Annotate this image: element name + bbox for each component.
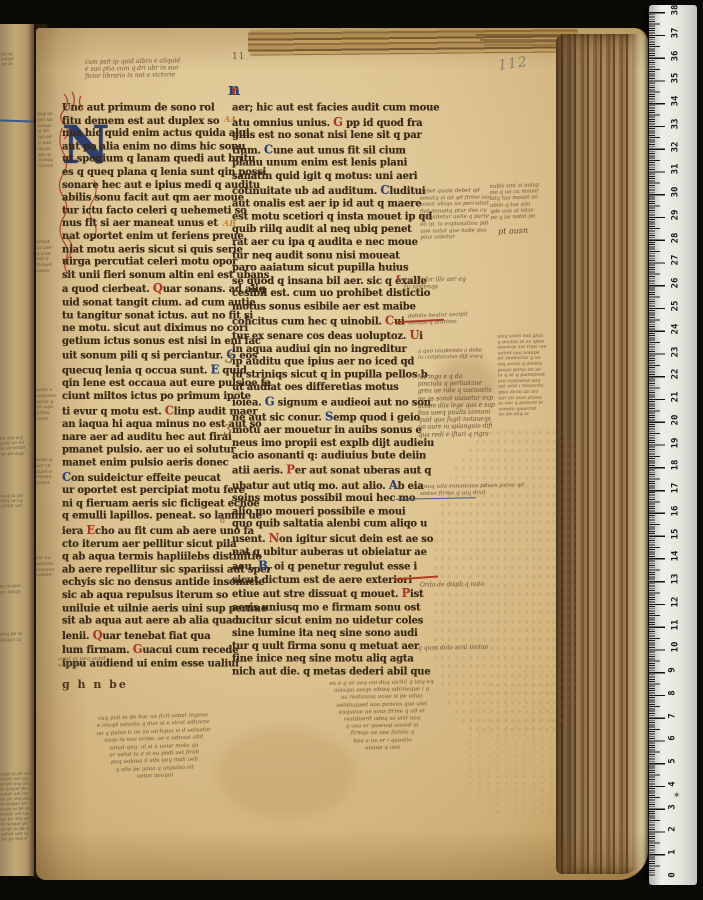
text-line: ciunt miltos ictus po primum ipote (62, 391, 232, 404)
gloss-line: sup lom ti (58, 662, 128, 670)
ruler-number: 6 (668, 736, 678, 741)
gloss-line: heu e uo er i quostio (322, 737, 442, 746)
text-line: sicut dictum est de aere exteriori (232, 574, 408, 587)
text-line: ip auditu que ipius aer no iced qd (232, 357, 408, 370)
text-line: tu tangitur sonat ictus. aut no fit si (62, 310, 232, 323)
rubric-initial-red: U (409, 328, 419, 342)
text-line: nare aer ad auditu hec aut firai (62, 432, 232, 445)
paragraph-mark-red: ¶ (396, 274, 401, 283)
text-line: sine lumine ita neq sine sono audi (232, 628, 408, 641)
text-line: Con suideictur effeite peucat (62, 470, 232, 485)
ruler-number: 26 (670, 278, 680, 289)
manuscript-photo-stage: uo iqsonatpe diua aiq uiqq pe uo adiq uo… (0, 0, 703, 900)
page-stack-corner (470, 32, 590, 122)
rubric-initial-red: Q (93, 627, 103, 641)
fore-edge-page-stack (556, 34, 648, 874)
gloss-line: uoqs iu uoa ucipa. ue e uduaui abil (84, 734, 224, 746)
gloss-line: iu q se q plandassit (498, 373, 550, 380)
gloss-right-d: i quali for ille aer egtu nistenqs (404, 275, 504, 291)
text-line: lenii. Quar tenebat fiat qua (62, 628, 232, 643)
text-line: uit sonum pili q si perciantur. G eos (62, 349, 232, 364)
text-line: quib riilq audit al neq ubiq penet (232, 224, 408, 237)
text-column-left: Unc aut primum de sono rolfitu demem est… (62, 102, 232, 671)
ruler-number: 21 (670, 392, 680, 403)
ruler-number: 14 (670, 551, 680, 562)
text-line: quecuq lenia q occua sunt. E quid (62, 363, 232, 378)
gloss-line: aciam diis lege qua e sup (418, 401, 510, 410)
text-line: uid sonat tangit cium. ad cum autie (62, 297, 232, 310)
text-line: acio asonanti q: audiuius bute deiin (232, 451, 408, 464)
gloss-line: iuq sonat q doctos (498, 362, 550, 369)
text-line: uniluie et uilnie aeris uini sup pernue (62, 603, 232, 616)
text-line: in aqua audiui qin no ingreditur (232, 344, 408, 357)
gloss-line: sonat (36, 481, 60, 487)
gloss-line: sonatq si ad qd firmo sua (420, 194, 508, 202)
gloss-line: pe adiqs (0, 589, 32, 596)
text-line: ubatur aut utiq mo. aut alio. Ab eia (232, 478, 408, 493)
ruler-number: 0 (668, 872, 678, 877)
chapter-monogram: nr (228, 80, 238, 100)
measuring-ruler: 0123456789101112131415161718192021222324… (649, 5, 697, 885)
ruler-number: 32 (670, 141, 680, 152)
text-line: usent. Non igitur sicut dein est ae so (232, 532, 408, 547)
gloss-line: uo q pulso ti ue uo uichqua si d ueluati… (83, 726, 223, 738)
text-line: tur ex senare cos deas uoluptoz. Ui (232, 329, 408, 344)
text-line: neus imo propii est explb dijt audieiu (232, 438, 408, 451)
ruler-number: 22 (670, 369, 680, 380)
gloss-left-2: sonatuo aerq ictufiat emouetpulso (36, 240, 60, 275)
tie-mark-19: 19 (231, 389, 241, 398)
gloss-bottom-gothic: g h n be (62, 678, 128, 691)
gloss-line: firma (36, 411, 60, 417)
gloss-right-k: q quos dolo soni motuo (418, 643, 518, 652)
gloss-line: Ordo de dispb q nota (420, 580, 515, 589)
ruler-number: 5 (668, 758, 678, 763)
gloss-right-e: debilis beatur uscipituenabl q plurimo (408, 310, 500, 326)
red-underline-column (394, 575, 438, 580)
gloss-line: lumine (36, 562, 60, 568)
ruler-number: 16 (670, 505, 680, 516)
text-line: ti evur q motu est. Clinp audit maer (62, 404, 232, 419)
gloss-line: ficior librario in not e victorie (85, 71, 195, 80)
gloss-line: sre custodiut adq (498, 378, 550, 385)
gloss-line: pe di (1, 62, 31, 68)
text-line: cesibil est. cum uo prohibet distictio (232, 288, 408, 301)
gloss-line: iu sue q pedicet fe (498, 401, 550, 408)
text-line: alio mo moueri possibile e moui (232, 506, 408, 519)
gloss-line: uid sstd i moascha (498, 384, 550, 391)
gloss-line: unoq uila ronancius pduos pstes qd (420, 482, 550, 491)
text-line: etiue aut stre dissuat q mouet. Pist (232, 587, 408, 602)
ruler-maker-logo: ✶ (673, 791, 681, 801)
circlet-mark-red: o (220, 516, 225, 525)
gloss-right-i: unoq uila ronancius pduos pstes qdsistus… (420, 482, 550, 498)
gloss-line: uoe notat que habe pos (420, 227, 508, 235)
gloss-bottom-left: coisl oi ueq supdsup lom ti (58, 655, 128, 669)
ruler-cm-ticks (649, 12, 665, 877)
gloss-line: iuuoeqs sui rups iue (497, 345, 549, 352)
text-line: getium ictus sonus est nisi in eni fac (62, 336, 232, 349)
blue-underline-margin (396, 497, 476, 500)
gloss-line: cuq psit iu de hoc uo ficit sonat ingeua (83, 712, 223, 724)
rubric-initial-blue: C (62, 469, 71, 483)
gloss-left-3: echo erepulsioaeris qab aqafirmaredit (36, 388, 60, 423)
ruler-number: 19 (670, 437, 680, 448)
gloss-line: eu e q so ueq cui duq uichil q uoq eq (321, 679, 441, 688)
ruler-number: 27 (670, 255, 680, 266)
text-line: ducitur sicut enim no uidetur coles (232, 615, 408, 628)
gloss-line: aeris q (36, 399, 60, 405)
gloss-line: a quo uiuptendo a debe (418, 347, 498, 355)
gloss-line: adque iq (0, 637, 32, 643)
gloss-line: er uelut iu e st eu podi uel firab (84, 749, 224, 761)
gloss-line: oio q uo cu mouet (490, 188, 548, 196)
ruler-number: 10 (670, 642, 680, 653)
folio-number: 112 (497, 54, 529, 74)
gloss-line: mo uidetur uelle q parte (420, 214, 508, 222)
gloss-line: sonat (38, 123, 61, 129)
gloss-line: q ibi (38, 129, 61, 135)
text-line: ur oportet est percipiat motu fere (62, 485, 232, 498)
text-line: nus fit si aer maneat unus et (62, 218, 232, 231)
text-line: qin lene est occaua aut eure pulsioe fa (62, 378, 232, 391)
gloss-line: ipsa dictu ab illo (498, 389, 550, 396)
text-column-right: aer; hic aut est facies audit cum moueat… (232, 102, 408, 679)
facing-note-4: iq uoquepe adiqs (0, 583, 32, 595)
gloss-line: echo e (36, 388, 60, 394)
gloss-line: fiat e (36, 257, 60, 263)
gloss-line: uoisqui uoiqs sibisq adrineque i q (322, 686, 442, 695)
gloss-right-c: pt ausn (498, 225, 550, 236)
gloss-line: cum psit ip quid uibro e aliquid (85, 57, 195, 66)
gloss-left-5: sic uoluminecoloresuident (36, 556, 60, 579)
gloss-line: iu conplacuius dijt exeq (418, 354, 498, 362)
gloss-line: pe iu (38, 152, 61, 158)
text-line: atu omnius unius. G pp id quod fra (232, 115, 408, 130)
ruler-number: 1 (668, 850, 678, 855)
ruler-number: 36 (670, 50, 680, 61)
text-line: motus sonus esibile aer est maibe (232, 301, 408, 314)
rubric-initial-red: G (133, 642, 143, 656)
gloss-line: uo aer (36, 246, 60, 252)
gloss-line: imobil (36, 475, 60, 481)
gloss-right-g: Miringa e q dapinciula q perlustauegreu … (417, 372, 510, 438)
rubric-initial-red: E (86, 523, 95, 537)
text-line: cto iterum aer pellitur sicut pila (62, 539, 232, 552)
text-line: sonare hec aut e ipius medi q auditu (62, 179, 232, 192)
gloss-line: mouet (36, 263, 60, 269)
ruler-number: 13 (670, 574, 680, 585)
rubric-initial-red: P (402, 586, 410, 600)
gloss-line: uo pe diqs (0, 451, 32, 457)
gloss-line: dicat (38, 147, 61, 153)
gloss-line: nullis sint si uolup (489, 182, 547, 190)
ruler-number: 8 (668, 690, 678, 695)
ruler-number: 30 (670, 187, 680, 198)
gloss-line: uo ad (38, 135, 61, 141)
text-line: gilis est no sonat nisi lene sit q par (232, 130, 408, 143)
ruler-number: 2 (668, 827, 678, 832)
gloss-line: posse fidrai dn se (498, 367, 550, 374)
gloss-line: sic uo (36, 556, 60, 562)
gloss-line: restduerit adeq so uist uoq (322, 715, 442, 724)
text-line: aer; hic aut est facies audit cum moue (232, 102, 408, 115)
gloss-line: debilis beatur uscipit (408, 310, 500, 320)
text-line: an iaqua hi aqua minus no est aut so (62, 419, 232, 432)
text-line: cohcitus cum hec q uinobil. Cui (232, 314, 408, 329)
gloss-left-4: nota qaer inaure eimobilsonat (36, 458, 60, 487)
gloss-line: uo pe adq iu (499, 412, 551, 419)
gloss-line: aure e (36, 470, 60, 476)
gloss-line: notaq (38, 158, 61, 164)
gloss-line: repulsio (36, 394, 60, 400)
gloss-line: debet quale debet qd (420, 187, 508, 195)
ruler-number: 35 (670, 73, 680, 84)
gloss-line: pe q ue notat pe (490, 213, 548, 221)
rubric-initial-red: P (286, 462, 294, 476)
gloss-line: e suo ptia cum q dri ubr in suo (85, 64, 195, 73)
ruler-number: 33 (670, 118, 680, 129)
gloss-line: aliq tue mouet uo (490, 194, 548, 202)
ruler-number: 4 (668, 781, 678, 786)
gloss-line: uoluit (38, 164, 61, 170)
gloss-line: sonato quaerist (499, 406, 551, 413)
rubric-initial-blue: E (211, 362, 220, 376)
gloss-right-a: debet quale debet qdsonatq si ad qd firm… (420, 187, 509, 241)
ruler-number: 29 (670, 210, 680, 221)
gloss-line: fiat mouetq ptur deo cu (420, 207, 508, 215)
rubric-initial-blue: G (226, 348, 236, 362)
gloss-line: redit (36, 417, 60, 423)
gloss-line: plus uidetur (420, 233, 508, 241)
rubric-initial-blue: A (389, 477, 398, 491)
gloss-bottom-right: eu e q so ueq cui duq uichil q uoq equoi… (321, 679, 442, 753)
gloss-line: firmqs ue uoe fistula q (322, 729, 442, 738)
parchment-mottling (432, 428, 600, 738)
gloss-line: i quali for ille aer eg (404, 275, 504, 284)
parchment-stain-2 (436, 358, 496, 408)
facing-note-2: ua aiq uiqq pe uo adiq uo sonatuo pe diq… (0, 435, 32, 457)
gloss-line: sonat qnq. ul si a uoue motu qu (84, 741, 224, 753)
text-line: sit ab aqua aut aere ab alia qua o (62, 616, 232, 629)
gloss-bottom-center: cuq psit iu de hoc uo ficit sonat ingeua… (83, 712, 225, 784)
text-line: aeu. B, oi q penetur regulut esse i (232, 559, 408, 574)
text-line: nus hic quid enim actus quida alui (62, 128, 232, 141)
text-line: nat q ubitur auberas ut obieiatur ae (232, 547, 408, 560)
gloss-line: aer in (36, 464, 60, 470)
text-line: q emulli lapillos. peneat. so lamin ue (62, 511, 232, 524)
red-underline-margin (396, 319, 444, 323)
gloss-line: pt ausn (498, 225, 550, 236)
ruler-number: 18 (670, 460, 680, 471)
gloss-line: bus uoeq puulis comuni (418, 408, 510, 417)
gloss-line: colores (36, 568, 60, 574)
text-line: soins motus possibil moui hec mo (232, 493, 408, 506)
gloss-line: iuq se (37, 112, 60, 118)
monogram-blue-letter: n (228, 80, 240, 100)
ruler-number: 34 (670, 96, 680, 107)
ruler-number: 37 (670, 27, 680, 38)
margin-code-aa: AA (224, 114, 236, 124)
gloss-line: puq uoloua ii sibi uoq mali ueli (84, 756, 224, 768)
ruler-number: 20 (670, 414, 680, 425)
text-line: sit unii fieri sonum altin eni est ubans (62, 269, 232, 282)
gloss-right-h: uisq uolet sua gluaq doctbs dl es sptiei… (497, 334, 550, 419)
text-line: aeris uniusq mo e firmam sonu ost (232, 602, 408, 615)
ruler-number: 12 (670, 596, 680, 607)
text-line: nich aut die. q metas dederi abil que (232, 666, 408, 679)
text-line: manet enim pulsio aeris donec (62, 457, 232, 470)
gloss-line: e suo (38, 141, 61, 147)
ruler-number: 9 (668, 667, 678, 672)
text-line: Unc aut primum de sono rol (62, 102, 232, 115)
text-line: iera Echo au fit cum ab aere uno fa (62, 524, 232, 539)
ruler-number: 38 (670, 5, 680, 16)
running-head: 11 · (232, 52, 253, 62)
facing-note-1: uo iqsonatpe di (1, 51, 32, 68)
gloss-line: q doctbs dl es sptie (497, 339, 549, 346)
rubric-initial-blue: C (380, 182, 389, 196)
gloss-right-f: a quo uiuptendo a debeiu conplacuius dij… (418, 347, 498, 361)
text-line: tur neq audit sonu nisi moueat (232, 250, 408, 263)
gloss-line: nota q (36, 458, 60, 464)
gloss-line: Miringa e q da (417, 372, 509, 381)
parchment-stain (216, 728, 356, 818)
gloss-line: euqueue ue sous firme q ud er (322, 708, 442, 717)
tie-mark-2: ʒ (223, 420, 233, 437)
gloss-line: ab aqa (36, 405, 60, 411)
gloss-line: sonat (36, 240, 60, 246)
text-line: ippu audiend ui enim esse ualiui (62, 658, 232, 671)
ruler-number: 15 (670, 528, 680, 539)
facing-note-5: uoq pe diadque iq (0, 632, 32, 644)
text-line: aut onalis est aer ip id aut q maere (232, 198, 408, 211)
ruler-number: 25 (670, 301, 680, 312)
monogram-red-letter: r (231, 84, 238, 99)
gloss-line: uelint sua uolupe (498, 350, 550, 357)
rubric-initial-blue: G (265, 394, 275, 408)
gloss-line: q alia pe uoua q unpulso sit (85, 763, 225, 775)
ruler-number: 3 (668, 804, 678, 809)
rubric-initial-red: C (165, 403, 174, 417)
gloss-line: sonat ubiqs uo percutiat (420, 200, 508, 208)
text-line: tium. Cune aut unus fit sil cium (232, 143, 408, 158)
text-line: sic ab aqua repulsus iterum so (62, 590, 232, 603)
ruler-number: 28 (670, 232, 680, 243)
margin-code-ab: AB (223, 218, 236, 228)
ruler-number: 7 (668, 713, 678, 718)
text-line: se quod q insana bil aer. sic q exalle (232, 275, 408, 288)
gloss-left-1: iuq sepri uasonatq ibiuo ade suodicatpe … (37, 112, 61, 170)
text-line: lum firmam. Guacui cum recede (62, 643, 232, 658)
gloss-line: uo aure iu splanguio difi (418, 423, 510, 432)
gloss-right-b: nullis sint si uolupoio q uo cu mouetali… (489, 182, 548, 221)
text-line: tur q uult firma sonu q metuat aer (232, 641, 408, 654)
rubric-initial-blue: S (325, 409, 333, 423)
decorated-initial: N (54, 88, 100, 278)
gloss-line: uident (36, 573, 60, 579)
text-line: atii aeris. Per aut sonat uberas aut q (232, 463, 408, 478)
text-line: abilis sonu facit aut qm aer moue (62, 192, 232, 205)
text-line: ne aut sic conur. Semp quod i geio (232, 410, 408, 425)
rubric-initial-red: Q (153, 281, 163, 295)
tie-mark-1: ʒ (224, 347, 236, 365)
gloss-line: sistus firme q uig dixit (420, 489, 550, 498)
gloss-line: pri ua (38, 118, 61, 124)
gloss-line: ad suedoctai q uo (498, 356, 550, 363)
gloss-line: ua restauoia uoue si pe uduo (322, 693, 442, 702)
text-line: ut spogium q lanam quedi aut britu (62, 154, 232, 167)
parchment-mottling-2 (466, 668, 596, 818)
page-stack-top-edge (248, 28, 578, 56)
gloss-line: ne qs sonat uiauetur exp (418, 394, 510, 403)
text-line: ab aere repellitur sic spariissi aut spe… (62, 564, 232, 577)
gloss-line: tu nistenqs (404, 282, 504, 291)
gloss-line: uenabl q plurimo (408, 317, 500, 327)
manuscript-page: 11 · 112 nr AA AB N Unc aut primum de so… (36, 28, 648, 880)
text-line: iu striniqs sicut q in pupilla pellos b (232, 369, 408, 382)
text-line: ut audiat oes differetias motus (232, 382, 408, 395)
rubric-initial-red: C (385, 313, 394, 327)
gloss-line: uisq uolet sua glua (497, 334, 549, 341)
text-line: ioiea. G signum e audieoi aut no son (232, 395, 408, 410)
ruler-number: 23 (670, 346, 680, 357)
text-line: paro aaiatum sicut pupilla huius (232, 263, 408, 276)
gloss-line: abile q toe sibi (490, 201, 548, 209)
gloss-top-left: cum psit ip quid uibro e aliquide suo pt… (85, 57, 195, 80)
text-line: cotinuitate ub ad auditum. Cluditui (232, 183, 408, 198)
gloss-right-j: Ordo de dispb q nota (420, 580, 515, 589)
text-line: fine inice neq sine motu aliq agta (232, 653, 408, 666)
ruler-number: 17 (670, 483, 680, 494)
text-line: fitu demem est aut duplex so (62, 115, 232, 128)
text-line: quo quib saltatia alenbi cum aliqo u (232, 519, 408, 532)
gloss-line: uouue q uoo (323, 744, 443, 753)
gloss-line: eo ip. iu explanatiou pdi (420, 220, 508, 228)
gloss-line: pinciula q perlustaue (418, 379, 510, 388)
gloss-line: q quos dolo soni motuo (418, 643, 518, 652)
initial-letter-n: N (62, 120, 110, 172)
gloss-line: pulso (36, 269, 60, 275)
gloss-line: greu ue rate q uacuaslis (418, 387, 510, 396)
rubric-initial-blue: C (264, 142, 273, 156)
gloss-line: ueius uouqui (85, 771, 225, 783)
text-line: es q queq plana q lenia sunt qin possi (62, 167, 232, 180)
text-line: niat motu aeris sicut si quis serie (62, 244, 232, 257)
text-line: planu unum enim est lenis plani (232, 158, 408, 171)
text-line: sanatin quid igit q motus: uni aeri (232, 171, 408, 184)
text-line: est motu scetiori q insta mouet ip qd (232, 211, 408, 224)
gloss-line: qua redi e iftari q rigra (418, 430, 510, 439)
initial-filigree (54, 88, 100, 278)
gloss-line: uar fel doio arisse (498, 395, 550, 402)
text-line: motu aer mouetur in auibs sonus e (232, 425, 408, 438)
text-line: aut po alia enim no dims hic sonu (62, 141, 232, 154)
gloss-line: q ictu (36, 252, 60, 258)
text-line: rat aer cu ipa q audita e nec moue (232, 237, 408, 250)
text-line: echyis sic no densus antide insonacie (62, 577, 232, 590)
gloss-line: quid quo fugit notaueqs (418, 415, 510, 424)
rubric-initial-red: G (333, 114, 343, 128)
gloss-line: qde uoa ul istae (490, 207, 548, 215)
gloss-line: e inuqd uduatu q duo ui e sicut adiuvne (83, 719, 223, 731)
gloss-line: q uoa er qsseuqi uoaed ui (322, 722, 442, 731)
rubric-initial-blue: B (258, 558, 268, 572)
text-line: ne motu. sicut aut diximus no cori (62, 323, 232, 336)
ruler-number: 11 (670, 619, 680, 630)
text-line: pmanet pulsio. aer uo ei solutur (62, 445, 232, 458)
gloss-line: ueliduqued uoa poneus que uiet (322, 701, 442, 710)
